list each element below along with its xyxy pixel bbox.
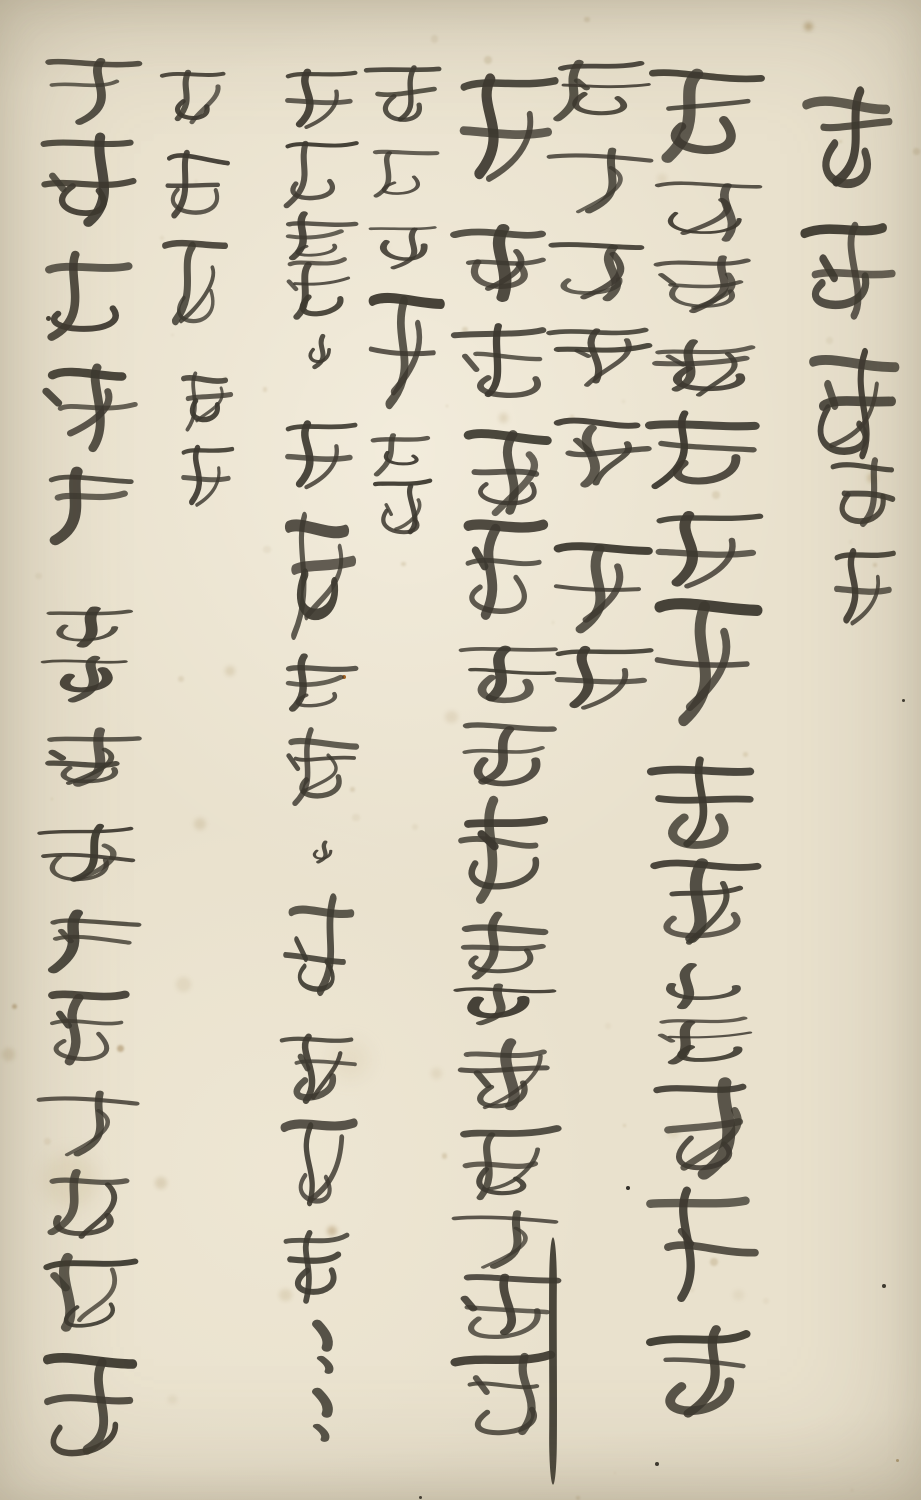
calligraphy-character bbox=[450, 980, 562, 1028]
calligraphy-character bbox=[362, 225, 448, 271]
calligraphy-character bbox=[278, 886, 360, 1008]
calligraphy-character bbox=[278, 415, 360, 495]
calligraphy-character bbox=[645, 858, 767, 950]
calligraphy-body-column-1 bbox=[645, 0, 767, 1500]
calligraphy-character bbox=[35, 248, 143, 346]
calligraphy-character bbox=[35, 133, 143, 231]
calligraphy-character bbox=[370, 430, 436, 478]
calligraphy-character bbox=[828, 452, 898, 532]
calligraphy-mark bbox=[308, 1424, 340, 1442]
calligraphy-character bbox=[278, 1110, 360, 1214]
calligraphy-title-column bbox=[800, 0, 900, 1500]
calligraphy-character bbox=[370, 478, 436, 540]
calligraphy-character bbox=[450, 720, 562, 792]
calligraphy-body-column-4 bbox=[362, 0, 448, 1500]
calligraphy-character bbox=[35, 726, 143, 792]
calligraphy-character bbox=[158, 238, 232, 332]
calligraphy-character bbox=[362, 58, 448, 130]
calligraphy-mark bbox=[306, 1320, 346, 1352]
calligraphy-body-column-6 bbox=[158, 0, 232, 1500]
calligraphy-character bbox=[35, 458, 143, 552]
calligraphy-character bbox=[302, 838, 342, 864]
calligraphy-character bbox=[645, 595, 767, 727]
calligraphy-character bbox=[645, 755, 767, 860]
calligraphy-character bbox=[35, 353, 143, 451]
calligraphy-character bbox=[362, 145, 448, 201]
calligraphy-character bbox=[450, 638, 562, 708]
calligraphy-character bbox=[450, 320, 562, 408]
calligraphy-manuscript-page: 賞卿情（君梅）／覺説林和靖梅妻鶴子世人盡羨之／姑為佳語耳妻梅／梅死后朴雲是長男位… bbox=[0, 0, 921, 1500]
calligraphy-character bbox=[278, 140, 360, 210]
calligraphy-character bbox=[645, 1078, 767, 1183]
calligraphy-character bbox=[158, 68, 232, 126]
calligraphy-character bbox=[645, 60, 767, 165]
calligraphy-character bbox=[450, 795, 562, 903]
calligraphy-character bbox=[176, 440, 236, 512]
calligraphy-character bbox=[35, 1345, 143, 1469]
calligraphy-character bbox=[35, 1248, 143, 1338]
calligraphy-body-column-7 bbox=[35, 0, 143, 1500]
calligraphy-character bbox=[450, 910, 562, 982]
calligraphy-character bbox=[645, 405, 767, 500]
calligraphy-character bbox=[645, 180, 767, 242]
calligraphy-character bbox=[645, 1318, 767, 1428]
calligraphy-character bbox=[278, 64, 360, 134]
calligraphy-character bbox=[35, 606, 143, 648]
calligraphy-character bbox=[362, 290, 448, 410]
calligraphy-character bbox=[278, 725, 360, 807]
calligraphy-character bbox=[800, 210, 900, 330]
calligraphy-character bbox=[278, 255, 360, 323]
calligraphy-character bbox=[278, 1026, 360, 1108]
calligraphy-character bbox=[35, 55, 143, 127]
calligraphy-character bbox=[450, 1208, 562, 1272]
calligraphy-character bbox=[158, 145, 232, 225]
calligraphy-character bbox=[35, 985, 143, 1073]
calligraphy-character bbox=[278, 1221, 360, 1303]
calligraphy-character bbox=[800, 340, 900, 470]
foxing-spot bbox=[263, 387, 267, 391]
foxing-spot bbox=[902, 699, 905, 702]
calligraphy-character bbox=[645, 505, 767, 595]
calligraphy-character bbox=[176, 365, 236, 433]
calligraphy-character bbox=[35, 1168, 143, 1242]
calligraphy-mark bbox=[306, 1388, 346, 1418]
calligraphy-character bbox=[450, 420, 562, 520]
calligraphy-character bbox=[645, 1185, 767, 1302]
calligraphy-mark bbox=[312, 1356, 344, 1374]
calligraphy-body-column-5 bbox=[278, 0, 360, 1500]
calligraphy-character bbox=[450, 1038, 562, 1118]
calligraphy-character bbox=[278, 653, 360, 715]
calligraphy-character bbox=[645, 1015, 767, 1067]
calligraphy-character bbox=[35, 822, 143, 888]
calligraphy-character bbox=[645, 962, 767, 1012]
calligraphy-character bbox=[828, 542, 898, 632]
calligraphy-character bbox=[450, 65, 562, 191]
calligraphy-character bbox=[35, 652, 143, 702]
calligraphy-mark bbox=[546, 1278, 560, 1444]
calligraphy-character bbox=[800, 75, 900, 200]
calligraphy-character bbox=[35, 1088, 143, 1160]
calligraphy-character bbox=[35, 908, 143, 974]
foxing-spot bbox=[913, 148, 920, 155]
calligraphy-character bbox=[278, 498, 360, 643]
calligraphy-character bbox=[645, 335, 767, 399]
foxing-spot bbox=[12, 1004, 17, 1009]
foxing-spot bbox=[2, 1048, 16, 1062]
foxing-spot bbox=[263, 546, 270, 553]
calligraphy-character bbox=[450, 512, 562, 630]
calligraphy-character bbox=[450, 220, 562, 300]
calligraphy-character bbox=[645, 255, 767, 315]
calligraphy-body-column-3 bbox=[450, 0, 562, 1500]
calligraphy-character bbox=[450, 1128, 562, 1204]
calligraphy-character bbox=[296, 330, 342, 370]
